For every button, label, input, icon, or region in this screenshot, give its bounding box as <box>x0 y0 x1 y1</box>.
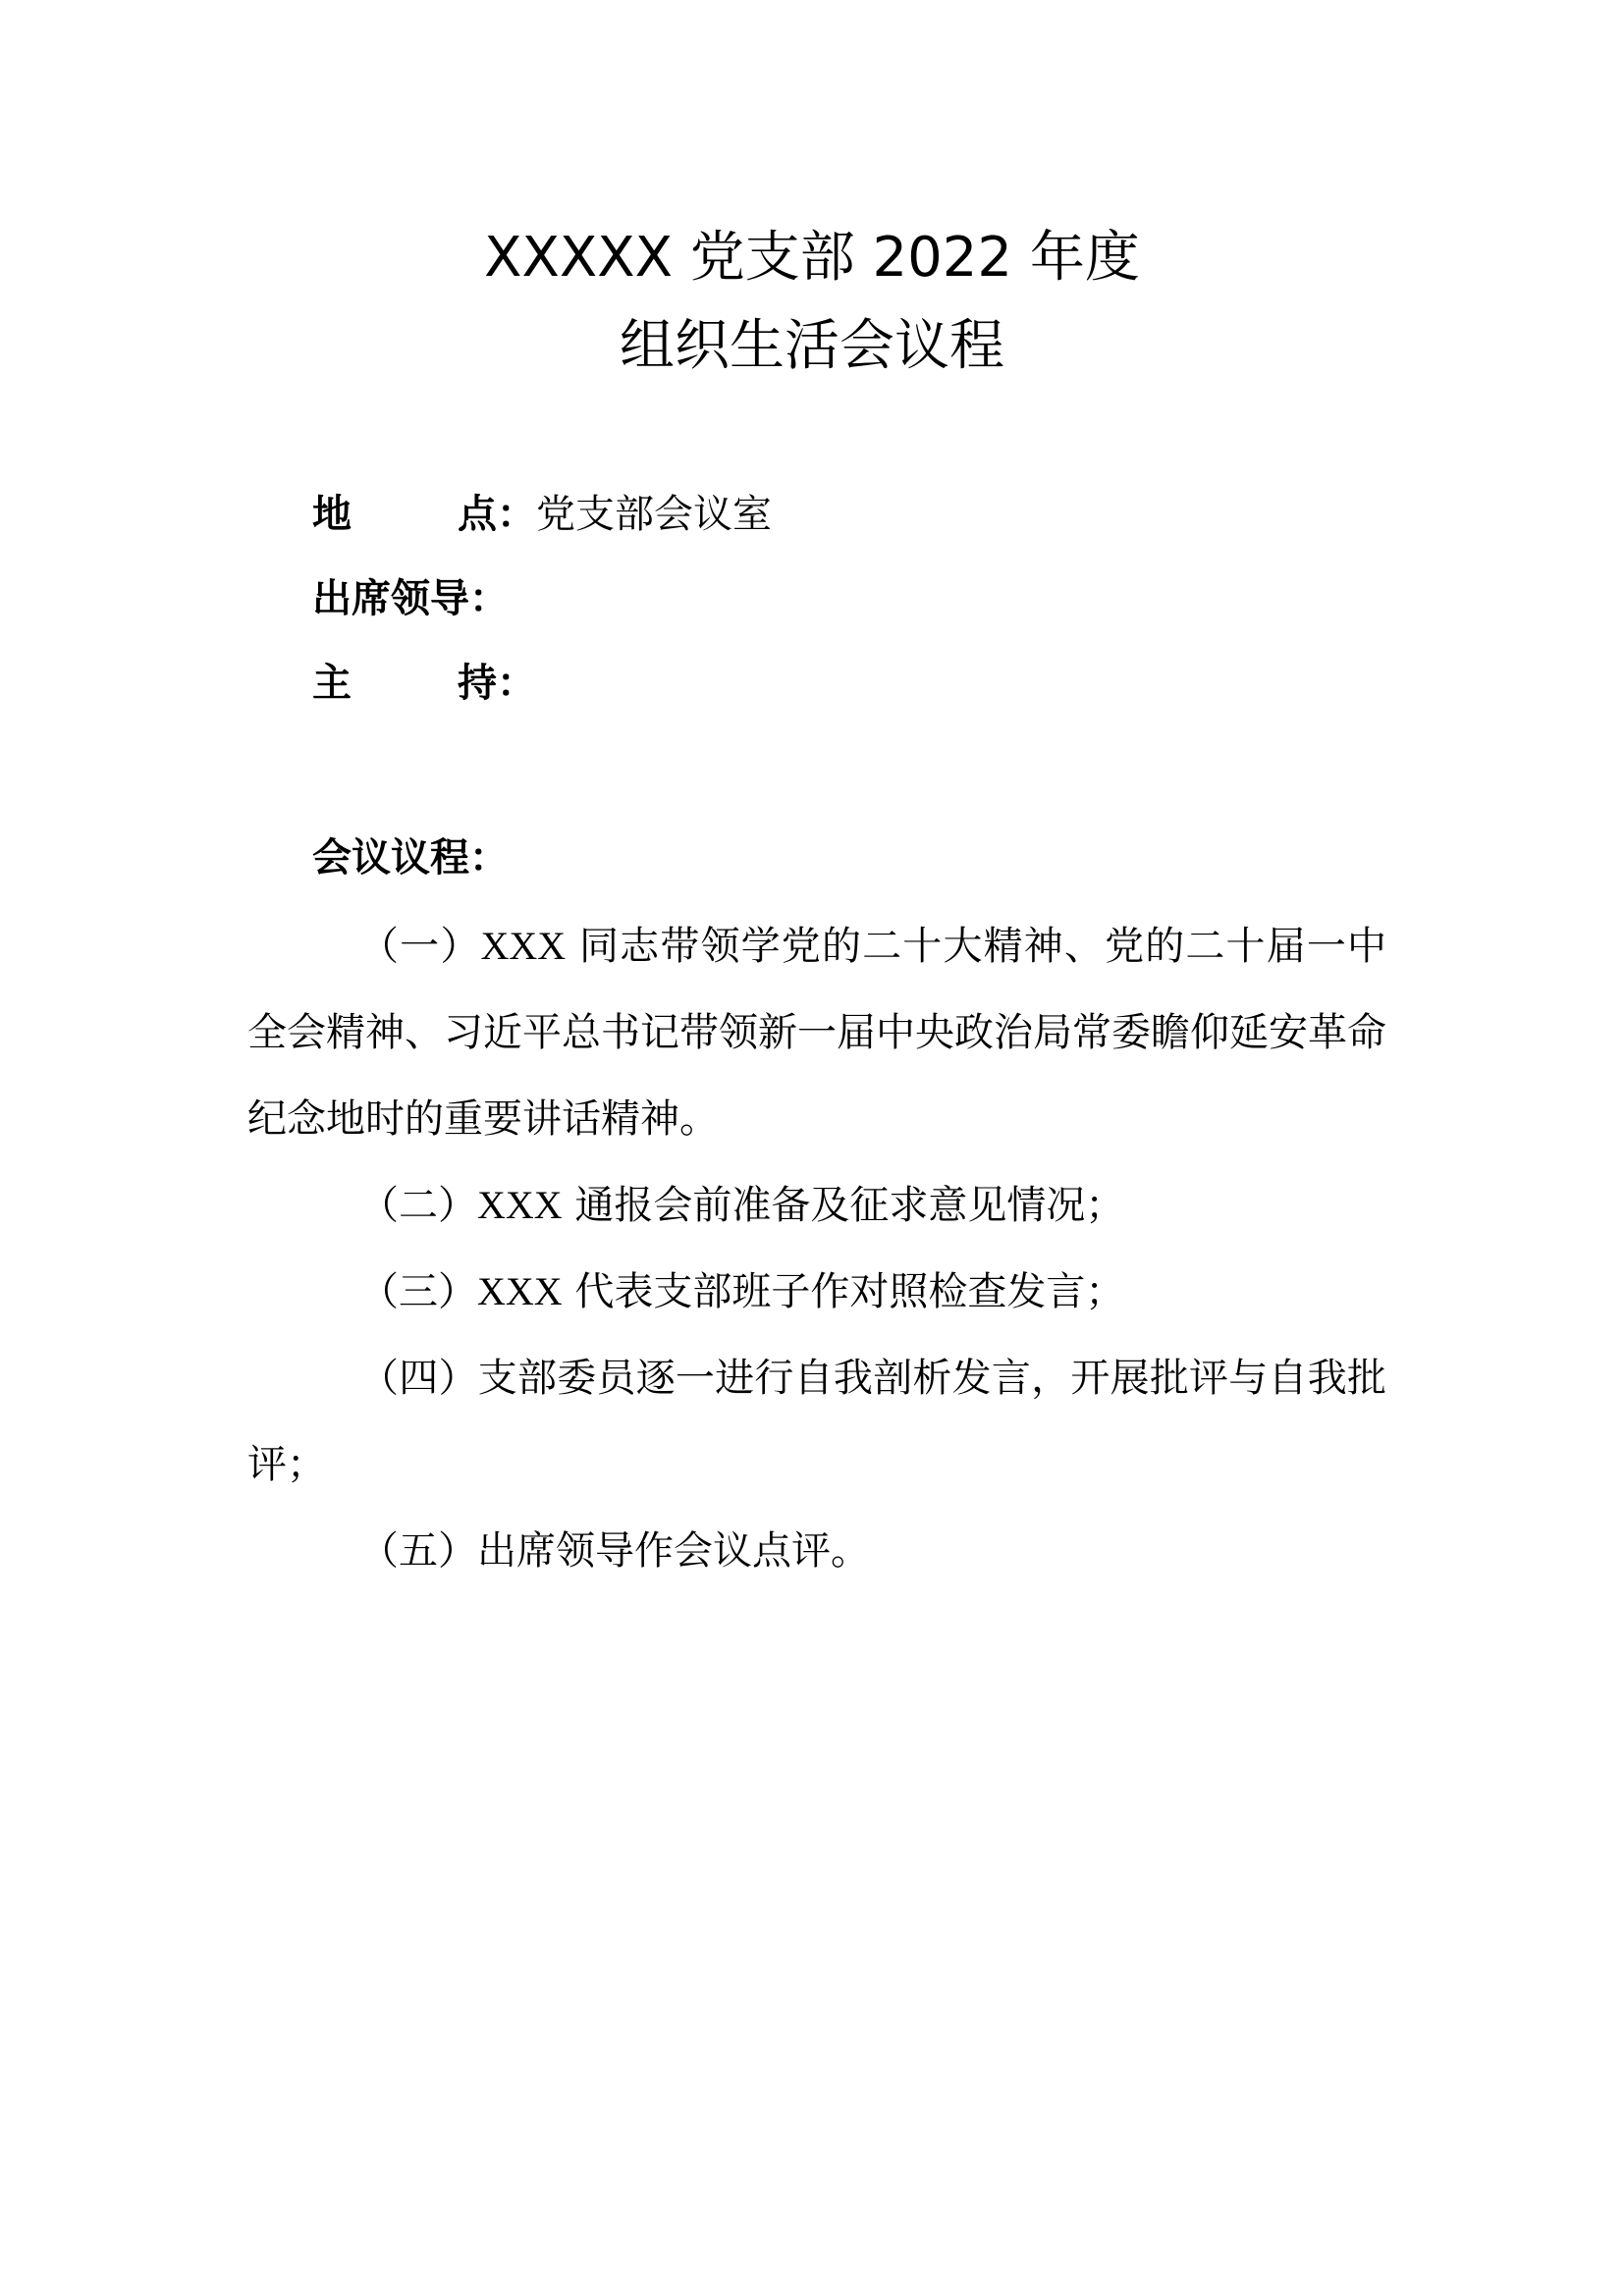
field-location-value: 党支部会议室 <box>536 492 772 537</box>
field-attending-leaders: 出席领导： <box>312 575 509 622</box>
field-host: 主持 ： <box>312 660 536 707</box>
agenda-item-5: （五）出席领导作会议点评。 <box>247 1508 1386 1594</box>
field-host-label: 主持 <box>312 660 497 707</box>
field-location: 地点 ：党支部会议室 <box>312 491 772 538</box>
field-location-label: 地点 <box>312 491 497 538</box>
document-title-line-2: 组织生活会议程 <box>0 312 1624 381</box>
agenda-item-2: （二）XXX 通报会前准备及征求意见情况； <box>247 1162 1386 1249</box>
document-title-line-1: XXXXX 党支部 2022 年度 <box>0 224 1624 293</box>
agenda-item-4: （四）支部委员逐一进行自我剖析发言，开展批评与自我批评； <box>247 1335 1386 1508</box>
field-attending-leaders-label: 出席领导 <box>312 575 469 622</box>
agenda-item-1: （一）XXX 同志带领学党的二十大精神、党的二十届一中全会精神、习近平总书记带领… <box>247 903 1386 1162</box>
agenda-item-3: （三）XXX 代表支部班子作对照检查发言； <box>247 1249 1386 1335</box>
agenda-heading: 会议议程： <box>312 834 509 881</box>
